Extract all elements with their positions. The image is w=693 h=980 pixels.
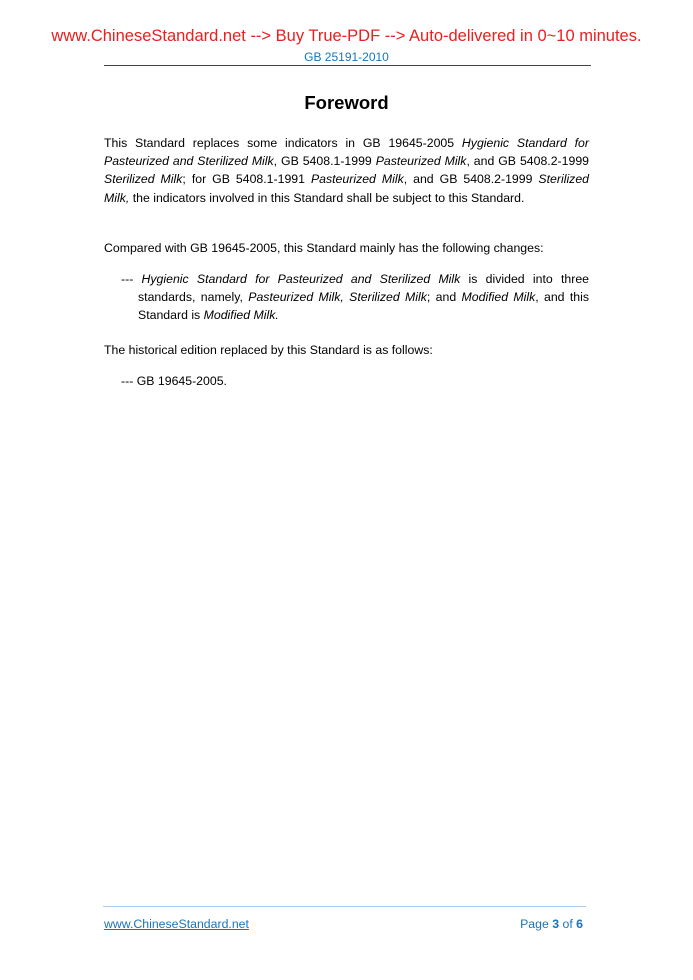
footer-website-link[interactable]: www.ChineseStandard.net — [104, 917, 249, 931]
list-item-change: --- Hygienic Standard for Pasteurized an… — [121, 270, 589, 325]
italic-title: Pasteurized Milk — [376, 154, 467, 168]
page-of-label: of — [559, 917, 576, 931]
text-span: , and GB 5408.2-1999 — [466, 154, 589, 168]
text-span: ; and — [427, 290, 462, 304]
italic-title: Hygienic Standard for Pasteurized and St… — [142, 272, 461, 286]
page-number: Page 3 of 6 — [520, 917, 583, 931]
text-span: , GB 5408.1-1999 — [274, 154, 376, 168]
paragraph-changes-intro: Compared with GB 19645-2005, this Standa… — [104, 239, 589, 257]
italic-title: Pasteurized Milk — [311, 172, 404, 186]
header-divider — [104, 65, 591, 66]
text-span: ; for GB 5408.1-1991 — [182, 172, 311, 186]
promo-banner: www.ChineseStandard.net --> Buy True-PDF… — [0, 27, 693, 46]
footer-divider — [103, 906, 586, 907]
bullet-dash: --- — [121, 272, 142, 286]
total-pages: 6 — [576, 917, 583, 931]
italic-title: Modified Milk. — [204, 308, 279, 322]
italic-title: Sterilized Milk — [104, 172, 182, 186]
page-title: Foreword — [0, 92, 693, 114]
page-label: Page — [520, 917, 552, 931]
paragraph-history-intro: The historical edition replaced by this … — [104, 341, 589, 359]
document-code: GB 25191-2010 — [0, 50, 693, 64]
paragraph-replacement: This Standard replaces some indicators i… — [104, 134, 589, 207]
text-span: This Standard replaces some indicators i… — [104, 136, 462, 150]
list-item-history: --- GB 19645-2005. — [121, 372, 227, 390]
text-span: , and GB 5408.2-1999 — [404, 172, 539, 186]
text-span: the indicators involved in this Standard… — [129, 191, 524, 205]
italic-title: Pasteurized Milk, Sterilized Milk — [248, 290, 427, 304]
italic-title: Modified Milk — [462, 290, 536, 304]
